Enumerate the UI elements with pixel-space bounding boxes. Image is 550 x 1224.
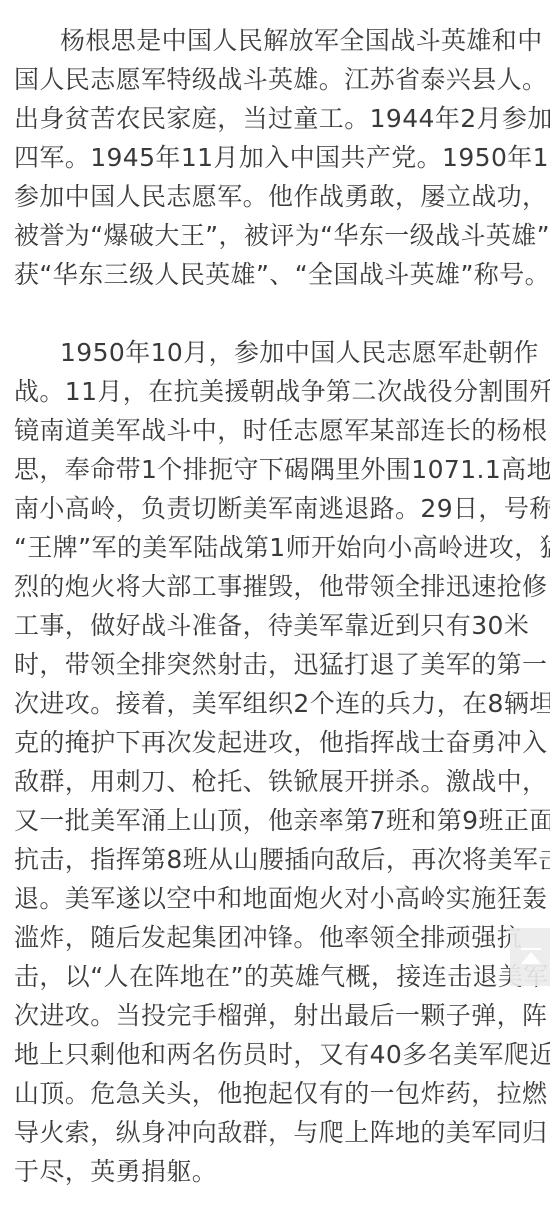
text-line: 战。11月，在抗美援朝战争第二次战役分割围歼咸 <box>14 372 550 411</box>
text-line: 镜南道美军战斗中，时任志愿军某部连长的杨根 <box>14 411 550 450</box>
text-line: 滥炸，随后发起集团冲锋。他率领全排顽强抗 <box>14 918 550 957</box>
text-line: 导火索，纵身冲向敌群，与爬上阵地的美军同归 <box>14 1113 550 1152</box>
text-line: 时，带领全排突然射击，迅猛打退了美军的第一 <box>14 645 550 684</box>
text-line: 退。美军遂以空中和地面炮火对小高岭实施狂轰 <box>14 879 550 918</box>
text-line: 获“华东三级人民英雄”、“全国战斗英雄”称号。 <box>14 255 550 294</box>
text-line: 于尽，英勇捐躯。 <box>14 1152 550 1191</box>
text-line: 山顶。危急关头，他抱起仅有的一包炸药，拉燃 <box>14 1074 550 1113</box>
text-line: 地上只剩他和两名伤员时，又有40多名美军爬近 <box>14 1035 550 1074</box>
paragraph-battle: 1950年10月，参加中国人民志愿军赴朝作 战。11月，在抗美援朝战争第二次战役… <box>14 333 550 1191</box>
text-line: 出身贫苦农民家庭，当过童工。1944年2月参加新 <box>14 99 550 138</box>
paragraph-biography: 杨根思是中国人民解放军全国战斗英雄和中 国人民志愿军特级战斗英雄。江苏省泰兴县人… <box>14 21 550 294</box>
text-line: 抗击，指挥第8班从山腰插向敌后，再次将美军击 <box>14 840 550 879</box>
text-line: 被誉为“爆破大王”，被评为“华东一级战斗英雄”， <box>14 216 550 255</box>
text-line: 次进攻。当投完手榴弹，射出最后一颗子弹，阵 <box>14 996 550 1035</box>
text-line: 烈的炮火将大部工事摧毁，他带领全排迅速抢修 <box>14 567 550 606</box>
text-line: 思，奉命带1个排扼守下碣隅里外围1071.1高地东 <box>14 450 550 489</box>
arrow-up-icon <box>521 952 541 964</box>
text-line: 次进攻。接着，美军组织2个连的兵力，在8辆坦 <box>14 684 550 723</box>
text-line: 四军。1945年11月加入中国共产党。1950年10月 <box>14 138 550 177</box>
article-body: 杨根思是中国人民解放军全国战斗英雄和中 国人民志愿军特级战斗英雄。江苏省泰兴县人… <box>14 21 550 1191</box>
text-line: 敌群，用刺刀、枪托、铁锨展开拼杀。激战中， <box>14 762 550 801</box>
text-line: 克的掩护下再次发起进攻，他指挥战士奋勇冲入 <box>14 723 550 762</box>
scroll-to-top-icon <box>521 948 541 950</box>
text-line: 1950年10月，参加中国人民志愿军赴朝作 <box>14 333 550 372</box>
text-line: 又一批美军涌上山顶，他亲率第7班和第9班正面 <box>14 801 550 840</box>
text-line: 参加中国人民志愿军。他作战勇敢，屡立战功， <box>14 177 550 216</box>
text-line: 工事，做好战斗准备，待美军靠近到只有30米 <box>14 606 550 645</box>
scroll-to-top-button[interactable] <box>510 928 550 986</box>
text-line: 击，以“人在阵地在”的英雄气概，接连击退美军8 <box>14 957 550 996</box>
text-line: 南小高岭，负责切断美军南逃退路。29日，号称 <box>14 489 550 528</box>
text-line: 国人民志愿军特级战斗英雄。江苏省泰兴县人。 <box>14 60 550 99</box>
text-line: “王牌”军的美军陆战第1师开始向小高岭进攻，猛 <box>14 528 550 567</box>
text-line: 杨根思是中国人民解放军全国战斗英雄和中 <box>14 21 550 60</box>
